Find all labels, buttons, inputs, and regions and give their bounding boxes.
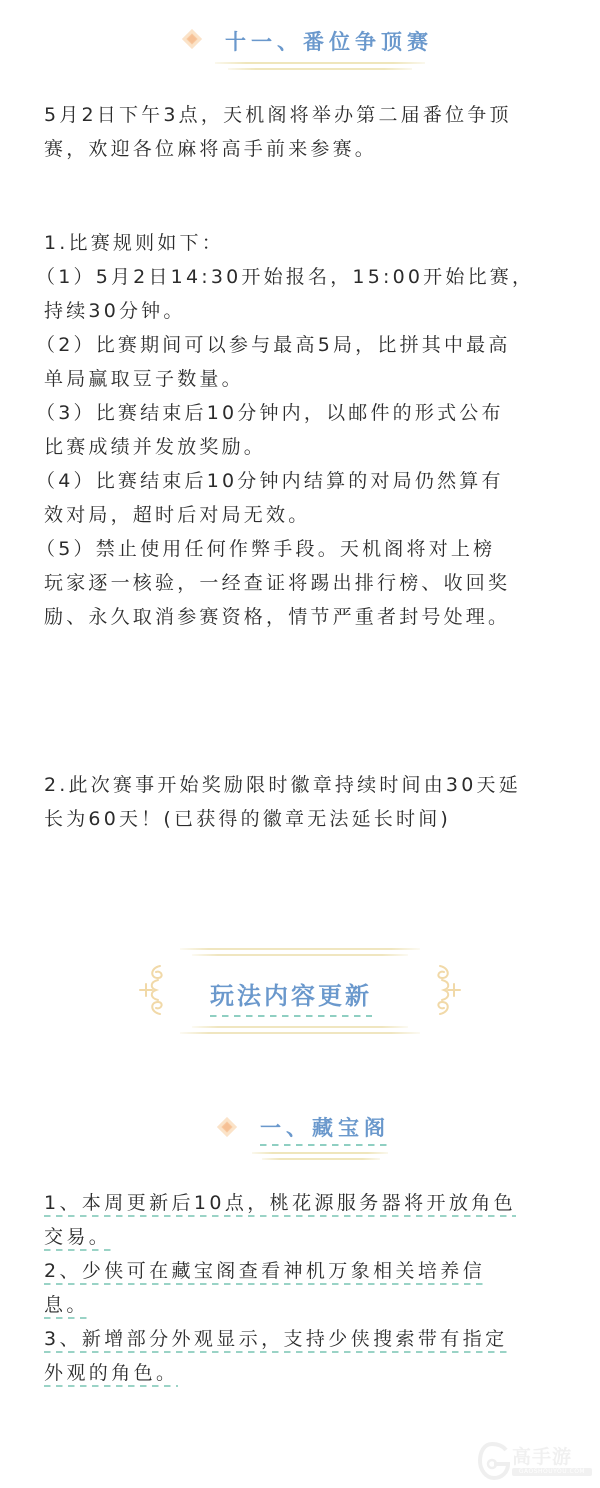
intro-paragraph: 5月2日下午3点，天机阁将举办第二届番位争顶 赛，欢迎各位麻将高手前来参赛。 — [44, 98, 564, 166]
gameplay-update-banner: 玩法内容更新 — [130, 940, 470, 1040]
section-title: 一、藏宝阁 — [260, 1112, 390, 1146]
text-line: 长为60天！(已获得的徽章无法延长时间) — [44, 802, 564, 836]
diamond-icon — [182, 29, 202, 49]
divider-line — [228, 68, 412, 70]
rule-3-line: 比赛成绩并发放奖励。 — [44, 430, 564, 464]
section-header-1: 一、藏宝阁 — [0, 1100, 600, 1180]
rule-3-line: （3）比赛结束后10分钟内，以邮件的形式公布 — [36, 396, 564, 430]
divider-line — [180, 948, 420, 950]
rule-5-line: 励、永久取消参赛资格，情节严重者封号处理。 — [44, 600, 564, 634]
divider-line — [192, 1026, 408, 1028]
rules-heading: 1.比赛规则如下： — [44, 226, 564, 260]
right-ornament-icon — [432, 962, 462, 1018]
rule-4-line: （4）比赛结束后10分钟内结算的对局仍然算有 — [36, 464, 564, 498]
list-item-3-line: 外观的角色。 — [44, 1356, 564, 1390]
note-paragraph: 2.此次赛事开始奖励限时徽章持续时间由30天延 长为60天！(已获得的徽章无法延… — [44, 768, 564, 836]
watermark-name: 高手游 — [512, 1442, 572, 1469]
watermark-domain: GAOSHOUYOU.COM — [512, 1468, 592, 1476]
rule-5-line: 玩家逐一核验，一经查证将踢出排行榜、收回奖 — [44, 566, 564, 600]
section-header-11: 十一、番位争顶赛 — [0, 10, 600, 90]
divider-line — [180, 1032, 420, 1034]
list-item-1-line: 交易。 — [44, 1220, 564, 1254]
text-line: 5月2日下午3点，天机阁将举办第二届番位争顶 — [44, 98, 564, 132]
rule-1-line: 持续30分钟。 — [44, 294, 564, 328]
list-item-2-line: 息。 — [44, 1288, 564, 1322]
banner-title: 玩法内容更新 — [210, 976, 372, 1017]
text-line: 赛，欢迎各位麻将高手前来参赛。 — [44, 132, 564, 166]
rules-block: 1.比赛规则如下： （1）5月2日14:30开始报名，15:00开始比赛， 持续… — [44, 226, 564, 634]
divider-line — [262, 1158, 380, 1160]
list-item-2-line: 2、少侠可在藏宝阁查看神机万象相关培养信 — [44, 1254, 564, 1288]
rule-5-line: （5）禁止使用任何作弊手段。天机阁将对上榜 — [36, 532, 564, 566]
update-list: 1、本周更新后10点，桃花源服务器将开放角色 交易。 2、少侠可在藏宝阁查看神机… — [44, 1186, 564, 1390]
left-ornament-icon — [138, 962, 168, 1018]
text-line: 2.此次赛事开始奖励限时徽章持续时间由30天延 — [44, 768, 564, 802]
list-item-1-line: 1、本周更新后10点，桃花源服务器将开放角色 — [44, 1186, 564, 1220]
divider-line — [215, 62, 425, 64]
divider-line — [192, 954, 408, 956]
section-title: 十一、番位争顶赛 — [225, 26, 433, 56]
rule-2-line: 单局赢取豆子数量。 — [44, 362, 564, 396]
rule-2-line: （2）比赛期间可以参与最高5局，比拼其中最高 — [36, 328, 564, 362]
rule-1-line: （1）5月2日14:30开始报名，15:00开始比赛， — [36, 260, 564, 294]
divider-line — [252, 1152, 388, 1154]
g-logo-icon — [478, 1442, 510, 1480]
article-page: 十一、番位争顶赛 5月2日下午3点，天机阁将举办第二届番位争顶 赛，欢迎各位麻将… — [0, 0, 600, 1488]
watermark-logo: 高手游 GAOSHOUYOU.COM — [478, 1440, 596, 1484]
list-item-3-line: 3、新增部分外观显示，支持少侠搜索带有指定 — [44, 1322, 564, 1356]
diamond-icon — [217, 1117, 237, 1137]
rule-4-line: 效对局，超时后对局无效。 — [44, 498, 564, 532]
